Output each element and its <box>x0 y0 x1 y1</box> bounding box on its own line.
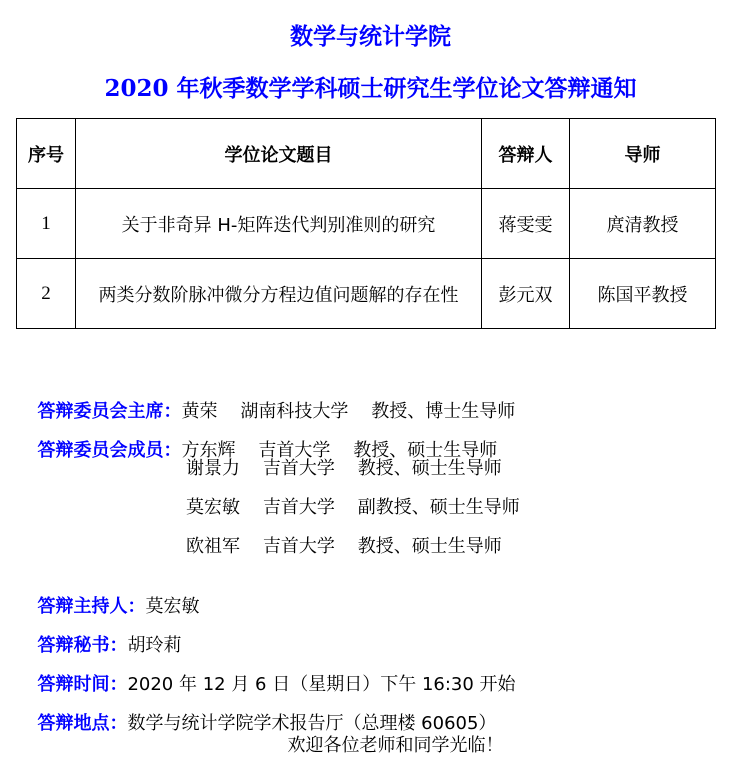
member-value: 莫宏敏 吉首大学 副教授、硕士生导师 <box>186 493 520 519</box>
col-header-advisor: 导师 <box>570 119 716 189</box>
place-line: 答辩地点：数学与统计学院学术报告厅（总理楼 60605） <box>26 688 496 735</box>
notice-title: 2020 年秋季数学学科硕士研究生学位论文答辩通知 <box>0 70 741 103</box>
school-title: 数学与统计学院 <box>0 18 741 51</box>
cell-student: 蒋雯雯 <box>482 189 570 259</box>
cell-index: 2 <box>17 259 76 329</box>
member-value: 谢景力 吉首大学 教授、硕士生导师 <box>186 454 502 480</box>
table-row: 2 两类分数阶脉冲微分方程边值问题解的存在性 彭元双 陈国平教授 <box>17 259 716 329</box>
col-header-index: 序号 <box>17 119 76 189</box>
thesis-table: 序号 学位论文题目 答辩人 导师 1 关于非奇异 H-矩阵迭代判别准则的研究 蒋… <box>16 118 716 329</box>
cell-title: 关于非奇异 H-矩阵迭代判别准则的研究 <box>76 189 482 259</box>
cell-student: 彭元双 <box>482 259 570 329</box>
cell-advisor: 陈国平教授 <box>570 259 716 329</box>
cell-title: 两类分数阶脉冲微分方程边值问题解的存在性 <box>76 259 482 329</box>
members-label: 答辩委员会成员： <box>37 440 181 461</box>
cell-index: 1 <box>17 189 76 259</box>
member-value: 欧祖军 吉首大学 教授、硕士生导师 <box>186 532 502 558</box>
table-row: 1 关于非奇异 H-矩阵迭代判别准则的研究 蒋雯雯 庹清教授 <box>17 189 716 259</box>
table-header-row: 序号 学位论文题目 答辩人 导师 <box>17 119 716 189</box>
col-header-title: 学位论文题目 <box>76 119 482 189</box>
col-header-student: 答辩人 <box>482 119 570 189</box>
welcome-message: 欢迎各位老师和同学光临！ <box>0 731 741 757</box>
cell-advisor: 庹清教授 <box>570 189 716 259</box>
